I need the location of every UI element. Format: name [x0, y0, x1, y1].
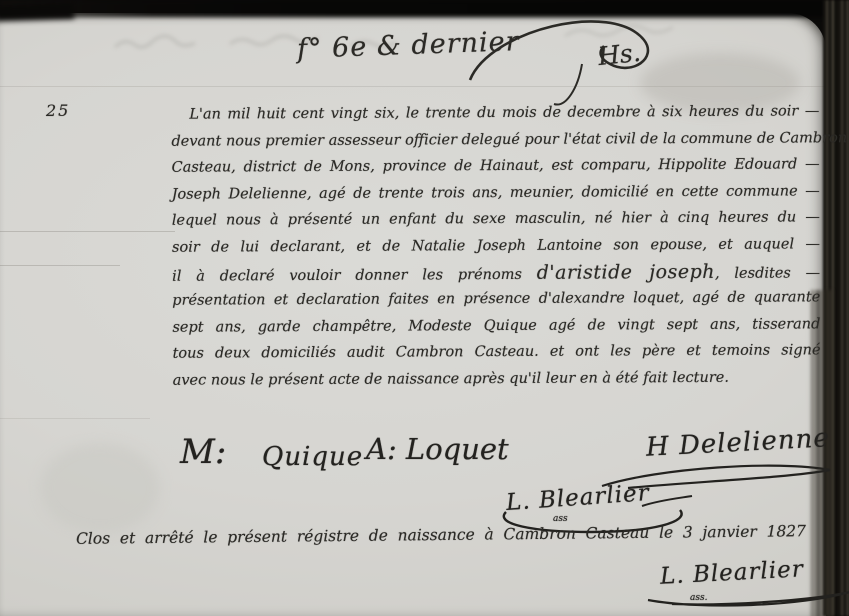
act-line-pre: il à declaré vouloir donner les prénoms [172, 266, 537, 284]
act-line: devant nous premier assesseur officier d… [171, 125, 819, 155]
signature-loquet: A: Loquet [366, 432, 509, 466]
ruled-line [0, 418, 150, 419]
closing-officer-qualifier: ass. [690, 593, 707, 603]
act-line: tous deux domiciliés audit Cambron Caste… [172, 338, 820, 368]
header-initials: Hs. [597, 38, 642, 71]
act-line: soir de lui declarant, et de Natalie Jos… [172, 231, 820, 261]
act-line: sept ans, garde champêtre, Modeste Quiqu… [172, 311, 820, 341]
act-line: lequel nous à présenté un enfant du sexe… [172, 205, 820, 235]
ruled-line [0, 231, 175, 232]
act-line: présentation et declaration faites en pr… [172, 284, 820, 314]
act-line: Casteau, district de Mons, province de H… [172, 151, 820, 181]
act-body: L'an mil huit cent vingt six, le trente … [171, 98, 821, 394]
act-line: Joseph Delelienne, agé de trente trois a… [172, 178, 820, 208]
act-number: 25 [46, 101, 70, 120]
act-line: L'an mil huit cent vingt six, le trente … [171, 98, 819, 128]
register-page-scan: f° 6e & dernier Hs. 25 L'an mil huit cen… [0, 0, 849, 616]
act-line-child-name: il à declaré vouloir donner les prénoms … [172, 258, 820, 288]
act-line: avec nous le présent acte de naissance a… [173, 364, 821, 394]
officer-qualifier: ass [553, 514, 568, 524]
child-name: d'aristide joseph [537, 260, 715, 283]
signature-quique-initial: M: [180, 432, 226, 472]
signature-quique: Quique [262, 442, 363, 472]
ruled-line [0, 265, 120, 266]
scan-corner-shadow [0, 3, 74, 22]
act-line-post: , lesdites — [715, 265, 820, 282]
scan-top-border [0, 0, 849, 17]
paper-stain [40, 443, 160, 533]
